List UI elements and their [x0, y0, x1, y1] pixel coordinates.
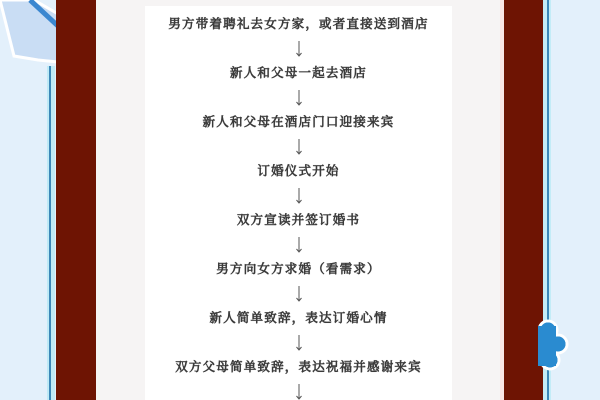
- down-arrow-icon: [295, 81, 303, 114]
- down-arrow-icon: [295, 228, 303, 261]
- flow-step-4: 订婚仪式开始: [257, 163, 339, 179]
- flow-step-5: 双方宣读并签订婚书: [237, 212, 360, 228]
- left-maroon-frame: [56, 0, 96, 400]
- corner-decoration-icon: [0, 0, 58, 66]
- flow-step-1: 男方带着聘礼去女方家，或者直接送到酒店: [168, 16, 428, 32]
- flow-step-6: 男方向女方求婚（看需求）: [216, 261, 380, 277]
- down-arrow-icon: [295, 179, 303, 212]
- engagement-flowchart: 男方带着聘礼去女方家，或者直接送到酒店 新人和父母一起去酒店 新人和父母在酒店门…: [145, 16, 452, 400]
- flow-step-8: 双方父母简单致辞，表达祝福并感谢来宾: [175, 359, 422, 375]
- flow-step-7: 新人简单致辞，表达订婚心情: [209, 310, 387, 326]
- down-arrow-icon: [295, 326, 303, 359]
- down-arrow-icon: [295, 375, 303, 400]
- down-arrow-icon: [295, 32, 303, 65]
- flow-step-3: 新人和父母在酒店门口迎接来宾: [203, 114, 395, 130]
- flow-step-2: 新人和父母一起去酒店: [230, 65, 367, 81]
- down-arrow-icon: [295, 130, 303, 163]
- left-border-line-inner: [49, 66, 51, 400]
- down-arrow-icon: [295, 277, 303, 310]
- flower-decoration-icon: [538, 318, 570, 378]
